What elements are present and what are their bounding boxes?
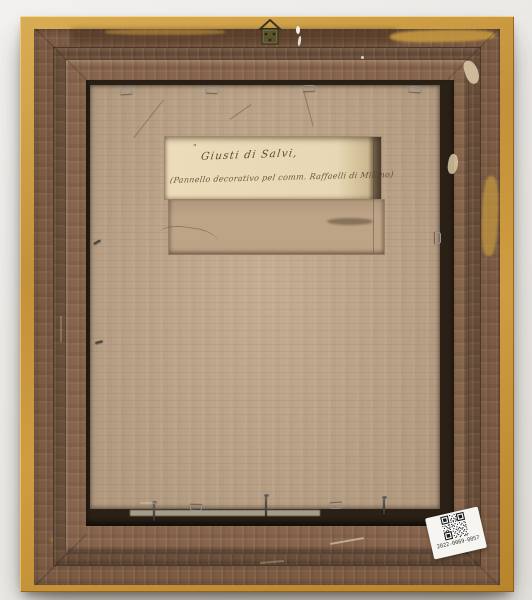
handwritten-label-line-2: (Pannello decorativo pel comm. Raffaelli… [169,170,394,185]
cardboard-crease [373,140,374,253]
handwritten-quote-mark: " [193,143,197,152]
nail [265,496,267,516]
screw [269,39,272,42]
staple [330,503,342,510]
screw [265,33,268,36]
picture-frame-back: " Giusti di Salvi, (Pannello decorativo … [20,16,514,592]
handwritten-label-line-1: Giusti di Salvi, [200,147,299,162]
staple [190,505,202,511]
staple [206,87,218,94]
scuff-mark [60,316,62,342]
paint-speck [296,26,300,34]
nail [383,498,385,515]
paper-sliver-in-gap [130,510,320,516]
screw [273,33,276,36]
paint-speck [361,56,364,59]
hanger-triangle-loop [260,20,280,29]
hanger-icon [258,19,282,47]
cardboard-backing: " Giusti di Salvi, (Pannello decorativo … [90,85,440,509]
staple [120,88,132,95]
wall: " Giusti di Salvi, (Pannello decorativo … [0,0,532,600]
scratch-mark [230,104,252,120]
worn-gilt-patch [105,29,225,35]
staple [435,232,441,244]
scratch-mark [133,100,163,138]
qr-code-icon [440,512,469,541]
smudge-mark [327,218,373,225]
staple [303,85,315,91]
label-cutout-window: " Giusti di Salvi, (Pannello decorativo … [165,137,381,199]
hanging-bracket [258,19,282,47]
scuff-mark [140,502,156,504]
nail [153,503,155,521]
staple [409,85,421,92]
scratch-mark [303,91,313,126]
